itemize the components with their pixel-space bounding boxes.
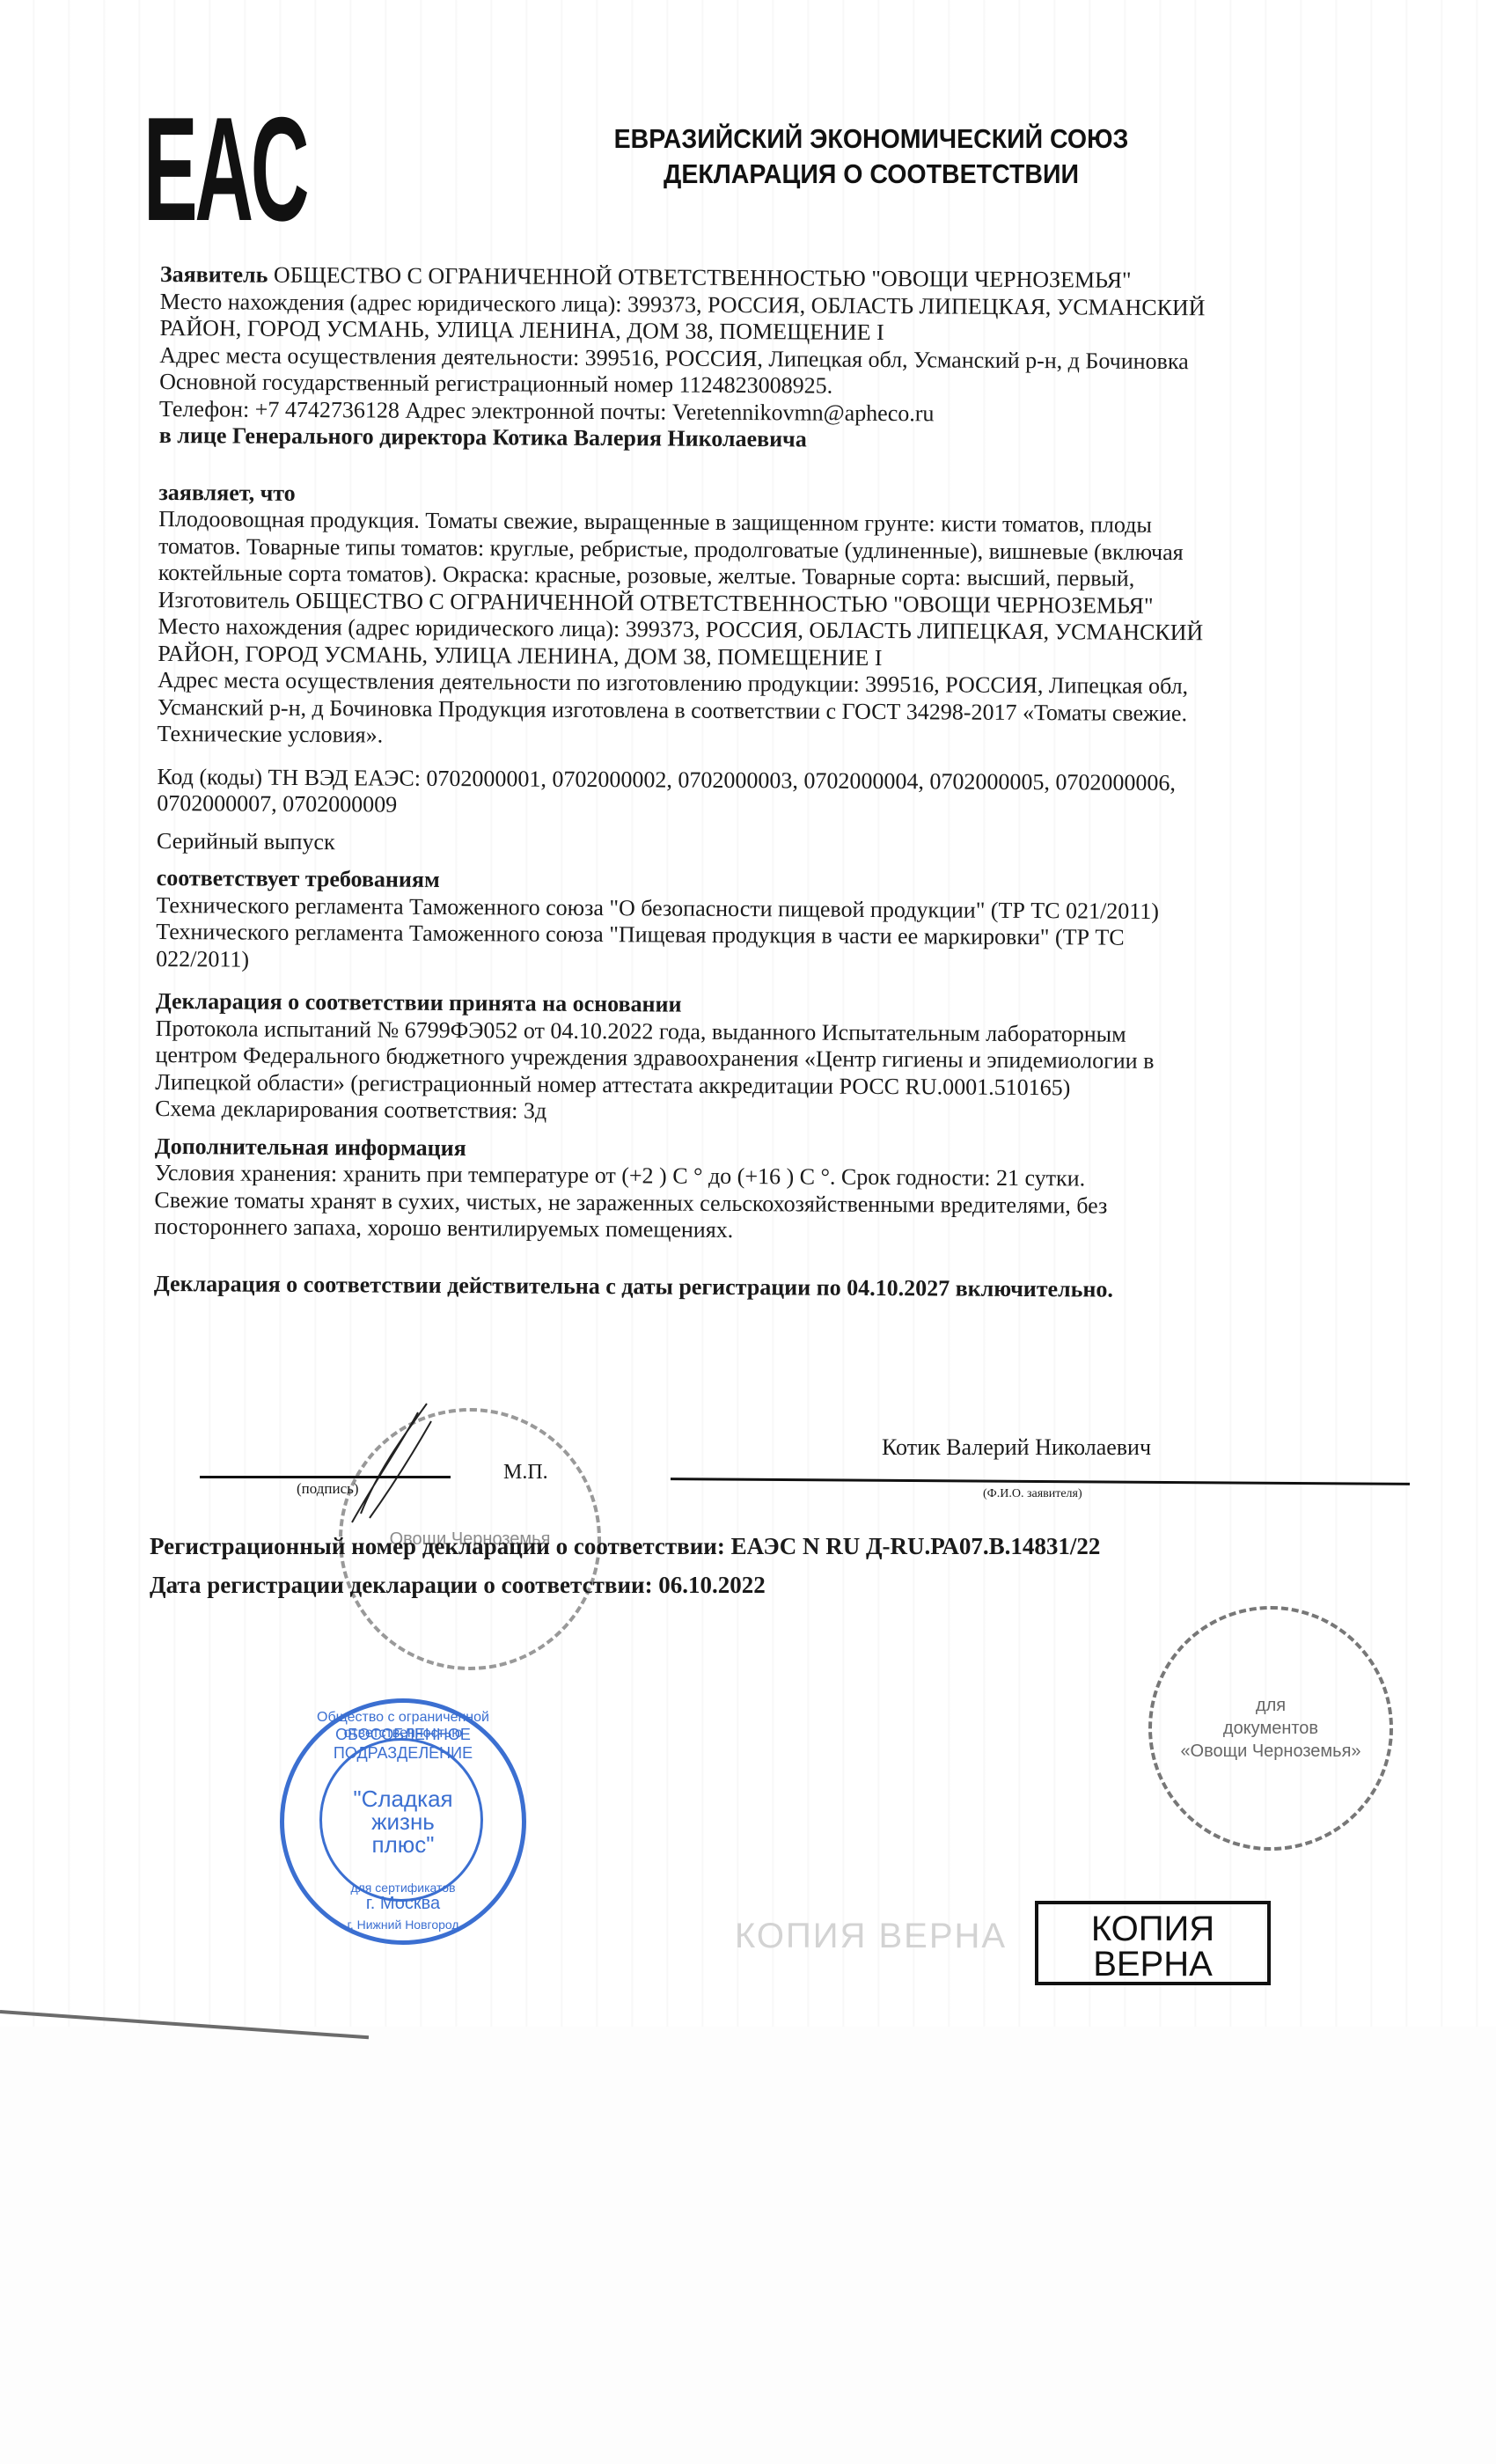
header-title: ДЕКЛАРАЦИЯ О СООТВЕТСТВИИ xyxy=(588,157,1155,192)
blue-certification-stamp: Общество с ограниченной ответственностью… xyxy=(280,1698,526,1945)
signer-caption: (Ф.И.О. заявителя) xyxy=(983,1487,1082,1501)
document-body: Заявитель ОБЩЕСТВО С ОГРАНИЧЕННОЙ ОТВЕТС… xyxy=(154,261,1392,1305)
stamp-city: г. Москва xyxy=(284,1894,522,1914)
signer-name-line xyxy=(671,1478,1410,1485)
stamp-city-2: г. Нижний Новгород xyxy=(284,1918,522,1932)
seal-center-line: документов xyxy=(1180,1717,1360,1740)
seal-center-line: «Овощи Черноземья» xyxy=(1180,1740,1360,1763)
signature-line xyxy=(200,1476,451,1478)
document-header: ЕВРАЗИЙСКИЙ ЭКОНОМИЧЕСКИЙ СОЮЗ ДЕКЛАРАЦИ… xyxy=(588,121,1155,192)
eac-logo: EAC xyxy=(143,107,284,231)
seal-center-line: для xyxy=(1180,1694,1360,1717)
header-union: ЕВРАЗИЙСКИЙ ЭКОНОМИЧЕСКИЙ СОЮЗ xyxy=(588,121,1155,157)
manufacturer-label: Изготовитель xyxy=(158,586,290,612)
signer-name: Котик Валерий Николаевич xyxy=(882,1434,1151,1461)
registration-number: Регистрационный номер декларации о соотв… xyxy=(150,1527,1100,1566)
faded-copy-stamp: КОПИЯ ВЕРНА xyxy=(735,1917,1007,1956)
seal-center: для документов «Овощи Черноземья» xyxy=(1180,1694,1360,1763)
stamp-middle-text: ОБОСОБЛЕННОЕ ПОДРАЗДЕЛЕНИЕ xyxy=(284,1726,522,1763)
copy-stamp-line: КОПИЯ xyxy=(1038,1911,1267,1947)
applicant-name: ОБЩЕСТВО С ОГРАНИЧЕННОЙ ОТВЕТСТВЕННОСТЬЮ… xyxy=(274,262,1132,293)
signature-block: (подпись) М.П. Котик Валерий Николаевич … xyxy=(160,1461,1410,1514)
stamp-center-line: жизнь xyxy=(353,1810,452,1833)
signature-caption: (подпись) xyxy=(297,1480,359,1498)
copy-stamp-line: ВЕРНА xyxy=(1038,1947,1267,1982)
stamp-center-line: "Сладкая xyxy=(353,1787,452,1810)
company-seal-stamp-right: для документов «Овощи Черноземья» xyxy=(1148,1606,1393,1851)
registration-block: Регистрационный номер декларации о соотв… xyxy=(150,1527,1100,1604)
stamp-center-line: плюс" xyxy=(353,1833,452,1856)
eac-logo-text: EAC xyxy=(143,107,221,231)
stamp-bottom-text: для сертификатов xyxy=(284,1881,522,1895)
manufacturer-name: ОБЩЕСТВО С ОГРАНИЧЕННОЙ ОТВЕТСТВЕННОСТЬЮ… xyxy=(296,587,1154,618)
registration-date: Дата регистрации декларации о соответств… xyxy=(150,1566,1100,1604)
stamp-center: "Сладкая жизнь плюс" xyxy=(353,1787,452,1856)
copy-certified-stamp: КОПИЯ ВЕРНА xyxy=(1035,1901,1271,1985)
applicant-label: Заявитель xyxy=(160,261,268,288)
seal-mark: М.П. xyxy=(503,1461,548,1485)
